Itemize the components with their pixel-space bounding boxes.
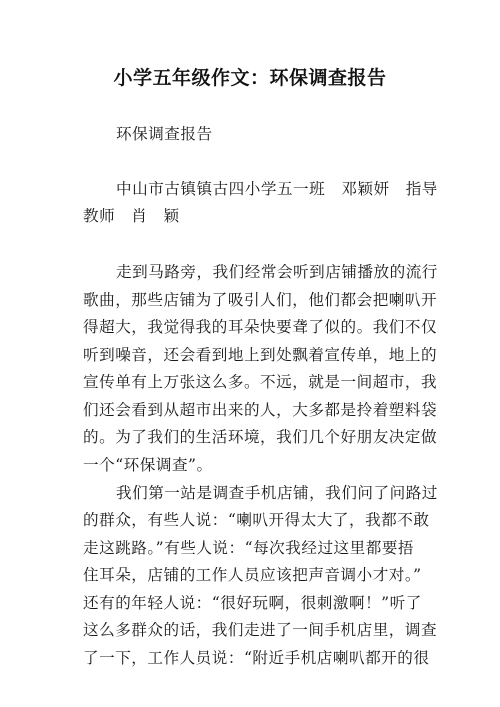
author-line: 中山市古镇镇古四小学五一班 邓颖妍 指导 [83, 179, 456, 199]
paragraph-line: 的。为了我们的生活环境，我们几个好朋友决定做 [83, 427, 423, 447]
document-title: 小学五年级作文：环保调查报告 [0, 63, 500, 90]
paragraph-line: 这么多群众的话，我们走进了一间手机店里，调查 [83, 620, 423, 640]
paragraph-line: 走到马路旁，我们经常会听到店铺播放的流行 [83, 262, 456, 282]
paragraph-line: 我们第一站是调查手机店铺，我们问了问路过 [83, 483, 456, 503]
paragraph-line: 宣传单有上万张这么多。不远，就是一间超市，我 [83, 372, 423, 392]
paragraph-line: 们还会看到从超市出来的人，大多都是拎着塑料袋 [83, 400, 423, 420]
paragraph-line: 得超大，我觉得我的耳朵快要聋了似的。我们不仅 [83, 317, 423, 337]
paragraph-line: 歌曲，那些店铺为了吸引人们，他们都会把喇叭开 [83, 290, 423, 310]
author-line: 教师 肖 颖 [83, 206, 423, 226]
paragraph-line: 听到噪音，还会看到地上到处飘着宣传单，地上的 [83, 345, 423, 365]
paragraph-line: 走这跳路。”有些人说：“每次我经过这里都要捂 [83, 538, 423, 558]
paragraph-line: 还有的年轻人说：“很好玩啊，很刺激啊！”听了 [83, 593, 423, 613]
paragraph-line: 的群众，有些人说：“喇叭开得太大了，我都不敢 [83, 510, 423, 530]
paragraph-line: 了一下，工作人员说：“附近手机店喇叭都开的很 [83, 648, 423, 668]
paragraph-line: 一个“环保调查”。 [83, 455, 423, 475]
subtitle: 环保调查报告 [83, 124, 456, 144]
paragraph-line: 住耳朵，店铺的工作人员应该把声音调小才对。” [83, 565, 423, 585]
